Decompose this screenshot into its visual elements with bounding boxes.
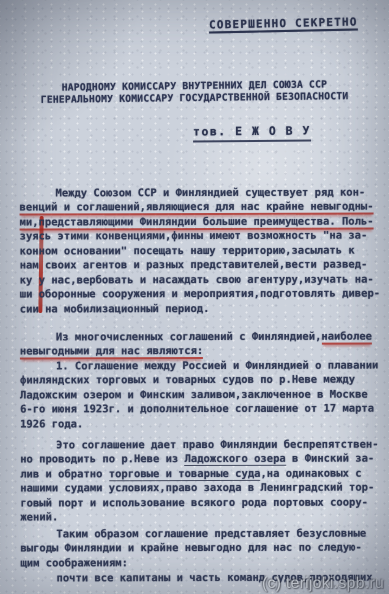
paragraph: Таким образом соглашение представляет бе… — [20, 526, 385, 570]
document-body: Между Союзом ССР и Финляндией существует… — [19, 186, 385, 586]
paragraph: Это соглашение дает право Финляндии бесп… — [20, 438, 385, 526]
body-line: ши оборонные сооружения и мероприятия,по… — [20, 287, 385, 302]
paragraph: 1. Соглашение между Россией и Финляндией… — [20, 358, 385, 431]
body-line: лив и обратно торговые и товарные суда,н… — [20, 466, 385, 481]
body-line: Ладожским озером и Финским заливом,заклю… — [20, 387, 385, 402]
body-line: 1926 года. — [20, 416, 385, 431]
body-line: невыгодными для нас являются: — [20, 344, 385, 359]
body-line: нам своих агентов и разных представителе… — [20, 258, 385, 273]
body-line: щим соображениям: — [20, 555, 385, 570]
body-line: 1. Соглашение между Россией и Финляндией… — [20, 358, 385, 373]
salutation: тов. Е Ж О В У — [193, 123, 311, 142]
body-line: Из многочисленных соглашений с Финляндие… — [20, 329, 385, 344]
body-line: Таким образом соглашение представляет бе… — [20, 526, 385, 541]
body-line: Между Союзом ССР и Финляндией существует… — [19, 186, 384, 201]
watermark: (c) terijoki.spb.ru — [262, 575, 384, 593]
body-line: нашими судами условиях,право захода в Ле… — [20, 481, 385, 496]
document-photo: СОВЕРШЕННО СЕКРЕТНО НАРОДНОМУ КОМИССАРУ … — [0, 0, 389, 594]
body-line: зуясь этими конвенциями,финны имеют возм… — [20, 229, 385, 244]
body-line: ми,представляющими Финляндии большие пре… — [20, 214, 385, 229]
paragraph: Между Союзом ССР и Финляндией существует… — [19, 186, 384, 317]
body-line: но проводить по р.Неве из Ладожского озе… — [20, 452, 385, 467]
body-line: финляндских торговых и товарных судов по… — [20, 373, 385, 388]
body-line: выгоды Финляндии и крайне невыгодно для … — [20, 541, 385, 556]
body-line: 6-го июня 1923г. и дополнительное соглаш… — [20, 402, 385, 417]
body-line: конном основании" посещать нашу территор… — [20, 243, 385, 258]
body-line: Это соглашение дает право Финляндии бесп… — [20, 438, 385, 453]
body-line: говый порт и использование всякого рода … — [20, 495, 385, 510]
body-line: ку у нас,вербовать и насаждать свою аген… — [20, 272, 385, 287]
body-line: жений. — [20, 510, 385, 525]
classification-stamp: СОВЕРШЕННО СЕКРЕТНО — [209, 15, 358, 31]
body-line: венций и соглашений,являющиеся для нас к… — [20, 200, 385, 215]
body-line: сии на мобилизационный период. — [20, 301, 385, 316]
paragraph: Из многочисленных соглашений с Финляндие… — [20, 329, 385, 359]
recipient-block: НАРОДНОМУ КОМИССАРУ ВНУТРЕННИХ ДЕЛ СОЮЗА… — [0, 79, 389, 107]
